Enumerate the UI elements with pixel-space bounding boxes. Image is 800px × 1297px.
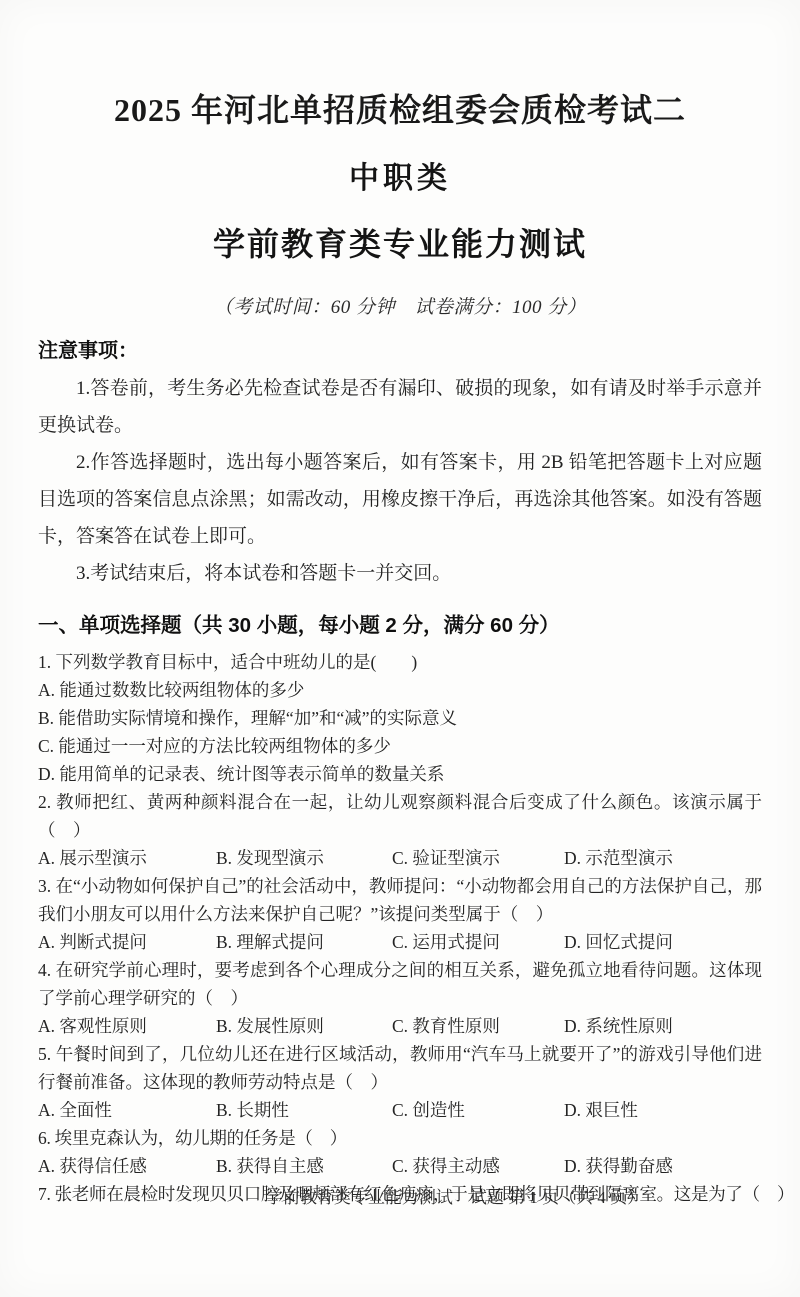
option-A: A. 能通过数数比较两组物体的多少 bbox=[38, 676, 762, 704]
option-D: D. 回忆式提问 bbox=[564, 928, 762, 956]
exam-paper-page: 2025 年河北单招质检组委会质检考试二 中职类 学前教育类专业能力测试 （考试… bbox=[0, 0, 800, 1297]
option-row: A. 展示型演示B. 发现型演示C. 验证型演示D. 示范型演示 bbox=[38, 844, 762, 872]
notice-section: 注意事项： 1.答卷前，考生务必先检查试卷是否有漏印、破损的现象，如有请及时举手… bbox=[38, 338, 762, 592]
option-row: A. 全面性B. 长期性C. 创造性D. 艰巨性 bbox=[38, 1096, 762, 1124]
option-B: B. 发现型演示 bbox=[216, 844, 392, 872]
footer-text: 学前教育类专业能力测试 试题 第 1 页（共 4 页） bbox=[266, 1188, 644, 1207]
question: 3. 在“小动物如何保护自己”的社会活动中，教师提问：“小动物都会用自己的方法保… bbox=[38, 872, 762, 956]
option-B: B. 能借助实际情境和操作，理解“加”和“减”的实际意义 bbox=[38, 704, 762, 732]
question-stem: 5. 午餐时间到了，几位幼儿还在进行区域活动，教师用“汽车马上就要开了”的游戏引… bbox=[38, 1040, 762, 1096]
question-stem: 4. 在研究学前心理时，要考虑到各个心理成分之间的相互关系，避免孤立地看待问题。… bbox=[38, 956, 762, 1012]
question-stem: 2. 教师把红、黄两种颜料混合在一起，让幼儿观察颜料混合后变成了什么颜色。该演示… bbox=[38, 788, 762, 844]
notice-item: 3.考试结束后，将本试卷和答题卡一并交回。 bbox=[38, 555, 762, 592]
option-C: C. 教育性原则 bbox=[392, 1012, 564, 1040]
questions-section: 一、单项选择题（共 30 小题，每小题 2 分，满分 60 分） 1. 下列数学… bbox=[38, 612, 762, 1208]
exam-title: 2025 年河北单招质检组委会质检考试二 bbox=[38, 0, 762, 130]
exam-category: 中职类 bbox=[38, 160, 762, 198]
option-D: D. 系统性原则 bbox=[564, 1012, 762, 1040]
option-B: B. 长期性 bbox=[216, 1096, 392, 1124]
section-heading: 一、单项选择题（共 30 小题，每小题 2 分，满分 60 分） bbox=[38, 612, 762, 640]
notice-item: 1.答卷前，考生务必先检查试卷是否有漏印、破损的现象，如有请及时举手示意并更换试… bbox=[38, 370, 762, 444]
notice-list: 1.答卷前，考生务必先检查试卷是否有漏印、破损的现象，如有请及时举手示意并更换试… bbox=[38, 370, 762, 592]
question-stem: 6. 埃里克森认为，幼儿期的任务是（ ） bbox=[38, 1124, 762, 1152]
exam-meta: （考试时间：60 分钟 试卷满分：100 分） bbox=[38, 296, 762, 320]
option-D: D. 示范型演示 bbox=[564, 844, 762, 872]
page-footer: 学前教育类专业能力测试 试题 第 1 页（共 4 页） bbox=[93, 1186, 800, 1210]
option-D: D. 能用简单的记录表、统计图等表示简单的数量关系 bbox=[38, 760, 762, 788]
option-A: A. 获得信任感 bbox=[38, 1152, 216, 1180]
option-B: B. 获得自主感 bbox=[216, 1152, 392, 1180]
page-content: 2025 年河北单招质检组委会质检考试二 中职类 学前教育类专业能力测试 （考试… bbox=[0, 0, 800, 1208]
option-A: A. 客观性原则 bbox=[38, 1012, 216, 1040]
option-C: C. 获得主动感 bbox=[392, 1152, 564, 1180]
option-A: A. 判断式提问 bbox=[38, 928, 216, 956]
notice-item: 2.作答选择题时，选出每小题答案后，如有答案卡，用 2B 铅笔把答题卡上对应题目… bbox=[38, 444, 762, 555]
exam-header: 2025 年河北单招质检组委会质检考试二 中职类 学前教育类专业能力测试 （考试… bbox=[38, 0, 762, 320]
option-row: A. 获得信任感B. 获得自主感C. 获得主动感D. 获得勤奋感 bbox=[38, 1152, 762, 1180]
question: 6. 埃里克森认为，幼儿期的任务是（ ）A. 获得信任感B. 获得自主感C. 获… bbox=[38, 1124, 762, 1180]
option-D: D. 艰巨性 bbox=[564, 1096, 762, 1124]
option-A: A. 展示型演示 bbox=[38, 844, 216, 872]
question: 4. 在研究学前心理时，要考虑到各个心理成分之间的相互关系，避免孤立地看待问题。… bbox=[38, 956, 762, 1040]
question-list: 1. 下列数学教育目标中，适合中班幼儿的是( )A. 能通过数数比较两组物体的多… bbox=[38, 648, 762, 1208]
option-C: C. 能通过一一对应的方法比较两组物体的多少 bbox=[38, 732, 762, 760]
option-C: C. 运用式提问 bbox=[392, 928, 564, 956]
option-B: B. 理解式提问 bbox=[216, 928, 392, 956]
option-C: C. 验证型演示 bbox=[392, 844, 564, 872]
option-D: D. 获得勤奋感 bbox=[564, 1152, 762, 1180]
notice-heading: 注意事项： bbox=[38, 338, 762, 364]
exam-subject: 学前教育类专业能力测试 bbox=[38, 224, 762, 264]
question: 1. 下列数学教育目标中，适合中班幼儿的是( )A. 能通过数数比较两组物体的多… bbox=[38, 648, 762, 788]
option-B: B. 发展性原则 bbox=[216, 1012, 392, 1040]
option-row: A. 客观性原则B. 发展性原则C. 教育性原则D. 系统性原则 bbox=[38, 1012, 762, 1040]
option-row: A. 判断式提问B. 理解式提问C. 运用式提问D. 回忆式提问 bbox=[38, 928, 762, 956]
question-stem: 3. 在“小动物如何保护自己”的社会活动中，教师提问：“小动物都会用自己的方法保… bbox=[38, 872, 762, 928]
option-A: A. 全面性 bbox=[38, 1096, 216, 1124]
question: 5. 午餐时间到了，几位幼儿还在进行区域活动，教师用“汽车马上就要开了”的游戏引… bbox=[38, 1040, 762, 1124]
option-C: C. 创造性 bbox=[392, 1096, 564, 1124]
question-stem: 1. 下列数学教育目标中，适合中班幼儿的是( ) bbox=[38, 648, 762, 676]
question: 2. 教师把红、黄两种颜料混合在一起，让幼儿观察颜料混合后变成了什么颜色。该演示… bbox=[38, 788, 762, 872]
